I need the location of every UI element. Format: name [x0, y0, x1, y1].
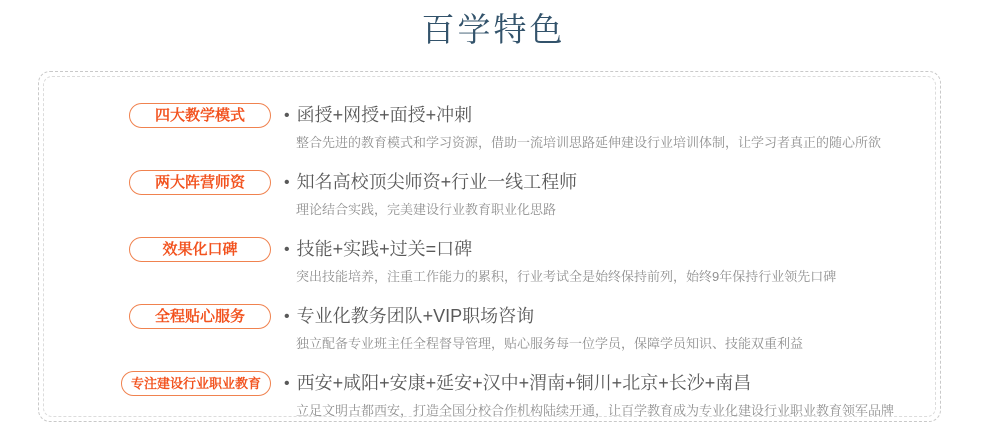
feature-tag-column: 专注建设行业职业教育	[39, 371, 271, 396]
feature-row-teaching-modes: 四大教学模式 •函授+网授+面授+冲刺 整合先进的教育模式和学习资源，借助一流培…	[39, 103, 940, 156]
page-title: 百学特色	[0, 0, 987, 51]
feature-tag-badge: 全程贴心服务	[129, 304, 271, 329]
feature-tag-badge: 四大教学模式	[129, 103, 271, 128]
feature-description: 整合先进的教育模式和学习资源，借助一流培训思路延伸建设行业培训体制，让学习者真正…	[296, 134, 940, 151]
feature-title-text: 函授+网授+面授+冲刺	[297, 105, 473, 125]
feature-text-column: •函授+网授+面授+冲刺 整合先进的教育模式和学习资源，借助一流培训思路延伸建设…	[284, 103, 940, 151]
feature-text-column: •技能+实践+过关=口碑 突出技能培养，注重工作能力的累积，行业考试全是始终保持…	[284, 237, 940, 285]
bullet-dot-icon: •	[284, 304, 290, 329]
feature-description: 立足文明古都西安，打造全国分校合作机构陆续开通，让百学教育成为专业化建设行业职业…	[296, 402, 940, 419]
feature-tag-column: 效果化口碑	[39, 237, 271, 262]
feature-title-text: 知名高校顶尖师资+行业一线工程师	[297, 172, 578, 192]
bullet-dot-icon: •	[284, 371, 290, 396]
feature-text-column: •西安+咸阳+安康+延安+汉中+渭南+铜川+北京+长沙+南昌 立足文明古都西安，…	[284, 371, 940, 419]
feature-row-service: 全程贴心服务 •专业化教务团队+VIP职场咨询 独立配备专业班主任全程督导管理，…	[39, 304, 940, 357]
feature-title-text: 专业化教务团队+VIP职场咨询	[297, 306, 535, 326]
feature-row-reputation: 效果化口碑 •技能+实践+过关=口碑 突出技能培养，注重工作能力的累积，行业考试…	[39, 237, 940, 290]
feature-title-text: 西安+咸阳+安康+延安+汉中+渭南+铜川+北京+长沙+南昌	[297, 373, 752, 393]
feature-text-column: •专业化教务团队+VIP职场咨询 独立配备专业班主任全程督导管理，贴心服务每一位…	[284, 304, 940, 352]
feature-tag-badge: 专注建设行业职业教育	[121, 371, 271, 396]
feature-description: 突出技能培养，注重工作能力的累积，行业考试全是始终保持前列，始终9年保持行业领先…	[296, 268, 940, 285]
feature-description: 理论结合实践，完美建设行业教育职业化思路	[296, 201, 940, 218]
feature-tag-badge: 两大阵营师资	[129, 170, 271, 195]
feature-row-branches: 专注建设行业职业教育 •西安+咸阳+安康+延安+汉中+渭南+铜川+北京+长沙+南…	[39, 371, 940, 424]
feature-tag-column: 全程贴心服务	[39, 304, 271, 329]
feature-row-faculty: 两大阵营师资 •知名高校顶尖师资+行业一线工程师 理论结合实践，完美建设行业教育…	[39, 170, 940, 223]
bullet-dot-icon: •	[284, 103, 290, 128]
feature-text-column: •知名高校顶尖师资+行业一线工程师 理论结合实践，完美建设行业教育职业化思路	[284, 170, 940, 218]
feature-title: •西安+咸阳+安康+延安+汉中+渭南+铜川+北京+长沙+南昌	[284, 371, 940, 396]
feature-tag-column: 两大阵营师资	[39, 170, 271, 195]
feature-rows: 四大教学模式 •函授+网授+面授+冲刺 整合先进的教育模式和学习资源，借助一流培…	[39, 103, 940, 438]
feature-title-text: 技能+实践+过关=口碑	[297, 239, 473, 259]
bullet-dot-icon: •	[284, 170, 290, 195]
bullet-dot-icon: •	[284, 237, 290, 262]
feature-title: •知名高校顶尖师资+行业一线工程师	[284, 170, 940, 195]
features-panel: 四大教学模式 •函授+网授+面授+冲刺 整合先进的教育模式和学习资源，借助一流培…	[38, 71, 941, 422]
feature-tag-column: 四大教学模式	[39, 103, 271, 128]
feature-title: •技能+实践+过关=口碑	[284, 237, 940, 262]
feature-title: •专业化教务团队+VIP职场咨询	[284, 304, 940, 329]
feature-tag-badge: 效果化口碑	[129, 237, 271, 262]
feature-description: 独立配备专业班主任全程督导管理，贴心服务每一位学员，保障学员知识、技能双重利益	[296, 335, 940, 352]
feature-title: •函授+网授+面授+冲刺	[284, 103, 940, 128]
